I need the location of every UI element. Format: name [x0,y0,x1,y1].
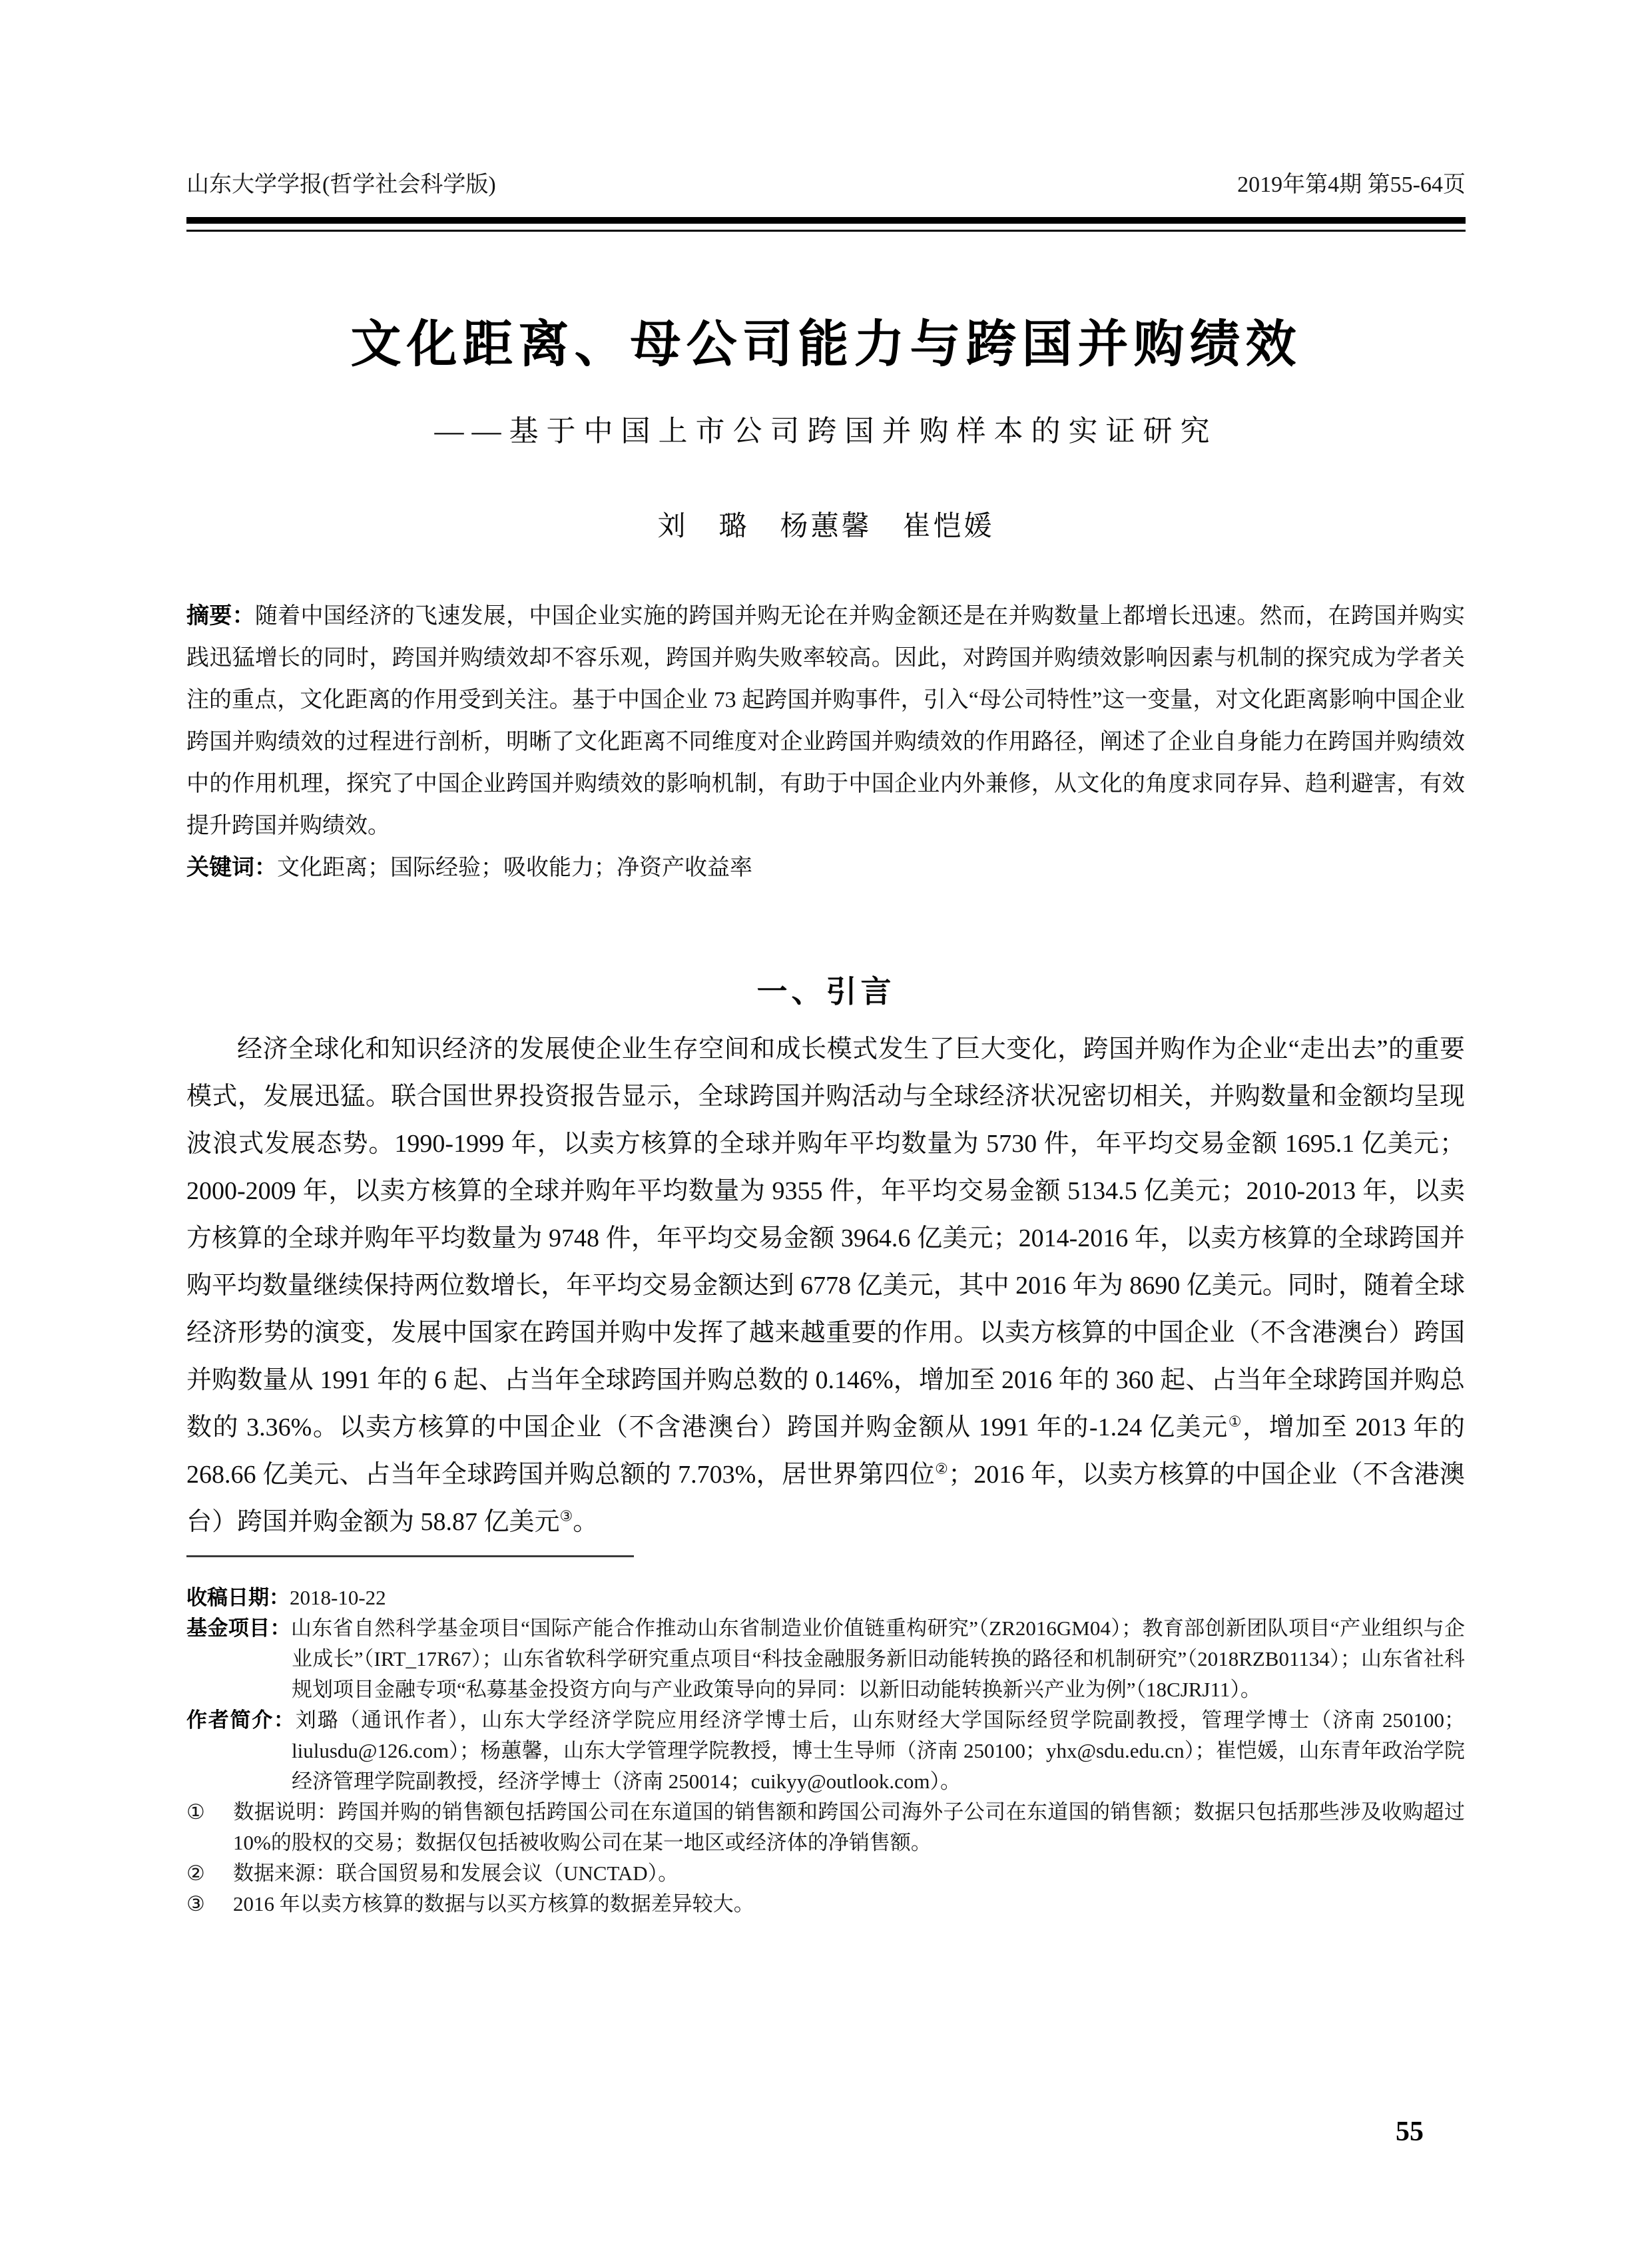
author-bio-label: 作者简介： [186,1708,296,1732]
fund-project-label: 基金项目： [186,1617,291,1640]
intro-text-segment: 。 [573,1508,598,1536]
article-subtitle: ——基于中国上市公司跨国并购样本的实证研究 [133,411,1519,451]
footnote-marker-3: ③ [560,1507,573,1524]
footnote-item-text: 数据说明：跨国并购的销售额包括跨国公司在东道国的销售额和跨国公司海外子公司在东道… [233,1800,1465,1854]
received-date-value: 2018-10-22 [290,1586,386,1609]
page-number: 55 [1396,2116,1424,2148]
header-rule-thick [186,217,1466,224]
footnote-item-3: ③2016 年以卖方核算的数据与以买方核算的数据差异较大。 [186,1889,1465,1919]
footnote-separator-rule [186,1555,634,1557]
keywords-label: 关键词： [186,855,277,880]
footnote-marker-2: ② [935,1460,948,1477]
footnote-item-marker: ① [186,1797,233,1828]
introduction-paragraph: 经济全球化和知识经济的发展使企业生存空间和成长模式发生了巨大变化，跨国并购作为企… [186,1026,1465,1546]
journal-page: 山东大学学报(哲学社会科学版) 2019年第4期 第55-64页 文化距离、母公… [0,0,1652,2241]
footnote-item-1: ①数据说明：跨国并购的销售额包括跨国公司在东道国的销售额和跨国公司海外子公司在东… [186,1797,1465,1858]
abstract-paragraph: 摘要：随着中国经济的飞速发展，中国企业实施的跨国并购无论在并购金额还是在并购数量… [186,595,1465,847]
intro-text-segment: 经济全球化和知识经济的发展使企业生存空间和成长模式发生了巨大变化，跨国并购作为企… [186,1035,1465,1441]
received-date-line: 收稿日期：2018-10-22 [186,1583,1465,1613]
journal-name: 山东大学学报(哲学社会科学版) [186,170,496,200]
header-rule-thin [186,230,1466,232]
author-bio-text: 刘璐（通讯作者），山东大学经济学院应用经济学博士后，山东财经大学国际经贸学院副教… [292,1708,1465,1793]
author-bio-line: 作者简介：刘璐（通讯作者），山东大学经济学院应用经济学博士后，山东财经大学国际经… [186,1705,1465,1797]
fund-project-text: 山东省自然科学基金项目“国际产能合作推动山东省制造业价值链重构研究”（ZR201… [291,1617,1465,1701]
received-date-label: 收稿日期： [186,1586,290,1609]
footnote-item-marker: ③ [186,1889,233,1919]
footnote-marker-1: ① [1229,1413,1242,1429]
footnote-item-marker: ② [186,1858,233,1889]
footnote-item-text: 数据来源：联合国贸易和发展会议（UNCTAD）。 [233,1862,679,1885]
abstract-label: 摘要： [186,603,255,628]
abstract-text: 随着中国经济的飞速发展，中国企业实施的跨国并购无论在并购金额还是在并购数量上都增… [186,604,1465,838]
section-heading-introduction: 一、引言 [0,973,1652,1011]
fund-project-line: 基金项目：山东省自然科学基金项目“国际产能合作推动山东省制造业价值链重构研究”（… [186,1613,1465,1705]
footnote-item-text: 2016 年以卖方核算的数据与以买方核算的数据差异较大。 [233,1892,754,1915]
footnote-item-2: ②数据来源：联合国贸易和发展会议（UNCTAD）。 [186,1858,1465,1889]
article-authors: 刘 璐 杨蕙馨 崔恺媛 [0,509,1652,545]
footnotes-block: 收稿日期：2018-10-22 基金项目：山东省自然科学基金项目“国际产能合作推… [186,1583,1465,1919]
issue-info: 2019年第4期 第55-64页 [1237,170,1466,200]
keywords-paragraph: 关键词：文化距离；国际经验；吸收能力；净资产收益率 [186,847,1465,889]
abstract-block: 摘要：随着中国经济的飞速发展，中国企业实施的跨国并购无论在并购金额还是在并购数量… [186,595,1465,889]
page-header: 山东大学学报(哲学社会科学版) 2019年第4期 第55-64页 [186,170,1466,200]
keywords-text: 文化距离；国际经验；吸收能力；净资产收益率 [277,856,752,880]
article-title: 文化距离、母公司能力与跨国并购绩效 [107,314,1545,375]
